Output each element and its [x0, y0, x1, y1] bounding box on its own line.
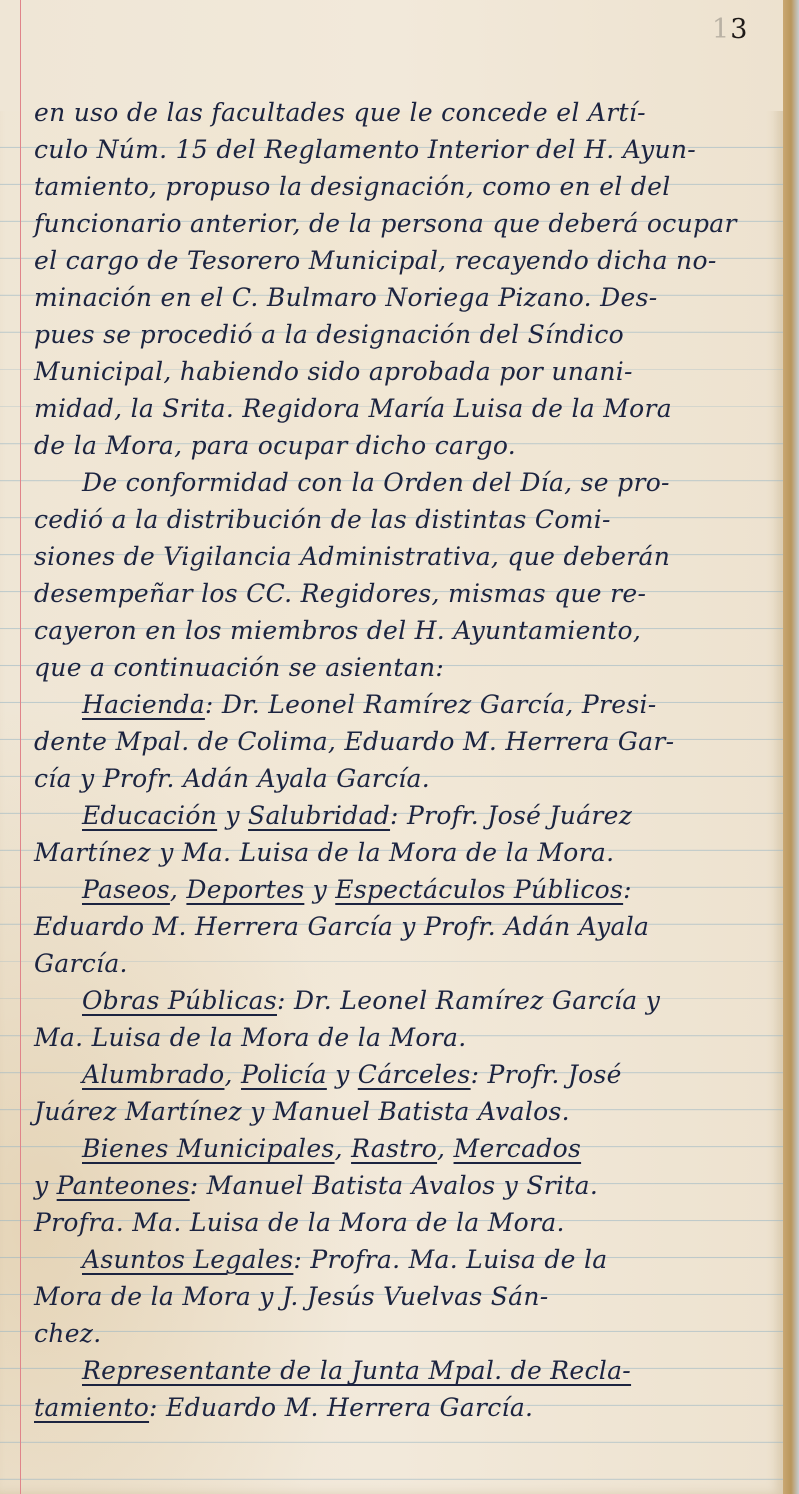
- text-segment: y: [217, 801, 248, 830]
- text-line: culo Núm. 15 del Reglamento Interior del…: [34, 131, 780, 168]
- text-segment: :: [623, 875, 632, 904]
- text-line: Alumbrado, Policía y Cárceles: Profr. Jo…: [34, 1056, 780, 1093]
- text-segment: Juárez Martínez y Manuel Batista Avalos.: [34, 1097, 570, 1126]
- text-line: chez.: [34, 1315, 780, 1352]
- text-line: Juárez Martínez y Manuel Batista Avalos.: [34, 1093, 780, 1130]
- text-segment: midad, la Srita. Regidora María Luisa de…: [34, 394, 672, 423]
- text-line: Asuntos Legales: Profra. Ma. Luisa de la: [34, 1241, 780, 1278]
- underlined-heading: Mercados: [454, 1134, 582, 1163]
- text-line: García.: [34, 945, 780, 982]
- underlined-heading: Deportes: [186, 875, 304, 904]
- text-line: tamiento: Eduardo M. Herrera García.: [34, 1389, 780, 1426]
- text-segment: ,: [335, 1134, 352, 1163]
- text-segment: que a continuación se asientan:: [34, 653, 444, 682]
- text-segment: y: [304, 875, 335, 904]
- text-line: el cargo de Tesorero Municipal, recayend…: [34, 242, 780, 279]
- text-segment: Ma. Luisa de la Mora de la Mora.: [34, 1023, 466, 1052]
- handwritten-body-text: en uso de las facultades que le concede …: [34, 94, 780, 1426]
- underlined-heading: Obras Públicas: [82, 986, 277, 1015]
- text-line: Municipal, habiendo sido aprobada por un…: [34, 353, 780, 390]
- page-number-digit: 3: [730, 14, 748, 45]
- text-line: siones de Vigilancia Administrativa, que…: [34, 538, 780, 575]
- underlined-heading: Panteones: [57, 1171, 190, 1200]
- underlined-heading: Hacienda: [82, 690, 205, 719]
- text-segment: chez.: [34, 1319, 102, 1348]
- text-line: De conformidad con la Orden del Día, se …: [34, 464, 780, 501]
- text-segment: García.: [34, 949, 128, 978]
- page-number-faded-digit: 1: [712, 14, 730, 45]
- text-segment: dente Mpal. de Colima, Eduardo M. Herrer…: [34, 727, 674, 756]
- underlined-heading: Policía: [241, 1060, 327, 1089]
- underlined-heading: tamiento: [34, 1393, 149, 1422]
- text-segment: : Profra. Ma. Luisa de la: [293, 1245, 607, 1274]
- underlined-heading: Rastro: [351, 1134, 437, 1163]
- text-line: y Panteones: Manuel Batista Avalos y Sri…: [34, 1167, 780, 1204]
- text-segment: Mora de la Mora y J. Jesús Vuelvas Sán-: [34, 1282, 549, 1311]
- underlined-heading: Salubridad: [248, 801, 390, 830]
- book-page-edge: [783, 0, 799, 1494]
- text-line: minación en el C. Bulmaro Noriega Pizano…: [34, 279, 780, 316]
- underlined-heading: Asuntos Legales: [82, 1245, 293, 1274]
- text-line: Educación y Salubridad: Profr. José Juár…: [34, 797, 780, 834]
- text-segment: y: [34, 1171, 57, 1200]
- text-segment: pues se procedió a la designación del Sí…: [34, 320, 624, 349]
- text-line: Martínez y Ma. Luisa de la Mora de la Mo…: [34, 834, 780, 871]
- text-line: Representante de la Junta Mpal. de Recla…: [34, 1352, 780, 1389]
- text-line: de la Mora, para ocupar dicho cargo.: [34, 427, 780, 464]
- text-segment: minación en el C. Bulmaro Noriega Pizano…: [34, 283, 657, 312]
- text-segment: ,: [224, 1060, 241, 1089]
- text-segment: siones de Vigilancia Administrativa, que…: [34, 542, 670, 571]
- underlined-heading: Paseos: [82, 875, 170, 904]
- red-margin-line: [20, 0, 21, 1494]
- text-line: Obras Públicas: Dr. Leonel Ramírez Garcí…: [34, 982, 780, 1019]
- text-segment: ,: [437, 1134, 454, 1163]
- text-segment: funcionario anterior, de la persona que …: [34, 209, 737, 238]
- text-segment: ,: [170, 875, 187, 904]
- text-segment: Municipal, habiendo sido aprobada por un…: [34, 357, 633, 386]
- underlined-heading: Representante de la Junta Mpal. de Recla…: [82, 1356, 631, 1385]
- underlined-heading: Educación: [82, 801, 217, 830]
- text-line: Paseos, Deportes y Espectáculos Públicos…: [34, 871, 780, 908]
- text-segment: : Dr. Leonel Ramírez García y: [277, 986, 660, 1015]
- text-line: que a continuación se asientan:: [34, 649, 780, 686]
- text-segment: cedió a la distribución de las distintas…: [34, 505, 611, 534]
- text-segment: de la Mora, para ocupar dicho cargo.: [34, 431, 516, 460]
- text-segment: desempeñar los CC. Regidores, mismas que…: [34, 579, 646, 608]
- text-segment: Profra. Ma. Luisa de la Mora de la Mora.: [34, 1208, 565, 1237]
- text-segment: culo Núm. 15 del Reglamento Interior del…: [34, 135, 696, 164]
- text-segment: : Profr. José Juárez: [390, 801, 632, 830]
- underlined-heading: Alumbrado: [82, 1060, 224, 1089]
- ledger-page: 13 en uso de las facultades que le conce…: [0, 0, 783, 1494]
- underlined-heading: Cárceles: [358, 1060, 471, 1089]
- text-line: pues se procedió a la designación del Sí…: [34, 316, 780, 353]
- text-line: funcionario anterior, de la persona que …: [34, 205, 780, 242]
- underlined-heading: Bienes Municipales: [82, 1134, 335, 1163]
- text-segment: el cargo de Tesorero Municipal, recayend…: [34, 246, 717, 275]
- text-line: Bienes Municipales, Rastro, Mercados: [34, 1130, 780, 1167]
- text-segment: : Eduardo M. Herrera García.: [149, 1393, 533, 1422]
- text-segment: : Dr. Leonel Ramírez García, Presi-: [205, 690, 657, 719]
- text-segment: tamiento, propuso la designación, como e…: [34, 172, 671, 201]
- text-line: cayeron en los miembros del H. Ayuntamie…: [34, 612, 780, 649]
- text-line: en uso de las facultades que le concede …: [34, 94, 780, 131]
- text-segment: Martínez y Ma. Luisa de la Mora de la Mo…: [34, 838, 614, 867]
- text-line: cía y Profr. Adán Ayala García.: [34, 760, 780, 797]
- text-line: dente Mpal. de Colima, Eduardo M. Herrer…: [34, 723, 780, 760]
- text-segment: y: [327, 1060, 358, 1089]
- text-segment: cía y Profr. Adán Ayala García.: [34, 764, 430, 793]
- text-segment: De conformidad con la Orden del Día, se …: [82, 468, 670, 497]
- text-line: Mora de la Mora y J. Jesús Vuelvas Sán-: [34, 1278, 780, 1315]
- text-segment: : Profr. José: [471, 1060, 622, 1089]
- text-line: midad, la Srita. Regidora María Luisa de…: [34, 390, 780, 427]
- text-line: Eduardo M. Herrera García y Profr. Adán …: [34, 908, 780, 945]
- text-line: Profra. Ma. Luisa de la Mora de la Mora.: [34, 1204, 780, 1241]
- text-segment: en uso de las facultades que le concede …: [34, 98, 646, 127]
- underlined-heading: Espectáculos Públicos: [335, 875, 623, 904]
- page-number: 13: [712, 14, 748, 45]
- text-line: desempeñar los CC. Regidores, mismas que…: [34, 575, 780, 612]
- text-segment: cayeron en los miembros del H. Ayuntamie…: [34, 616, 641, 645]
- text-line: tamiento, propuso la designación, como e…: [34, 168, 780, 205]
- text-line: Ma. Luisa de la Mora de la Mora.: [34, 1019, 780, 1056]
- text-line: Hacienda: Dr. Leonel Ramírez García, Pre…: [34, 686, 780, 723]
- text-line: cedió a la distribución de las distintas…: [34, 501, 780, 538]
- text-segment: Eduardo M. Herrera García y Profr. Adán …: [34, 912, 649, 941]
- text-segment: : Manuel Batista Avalos y Srita.: [190, 1171, 598, 1200]
